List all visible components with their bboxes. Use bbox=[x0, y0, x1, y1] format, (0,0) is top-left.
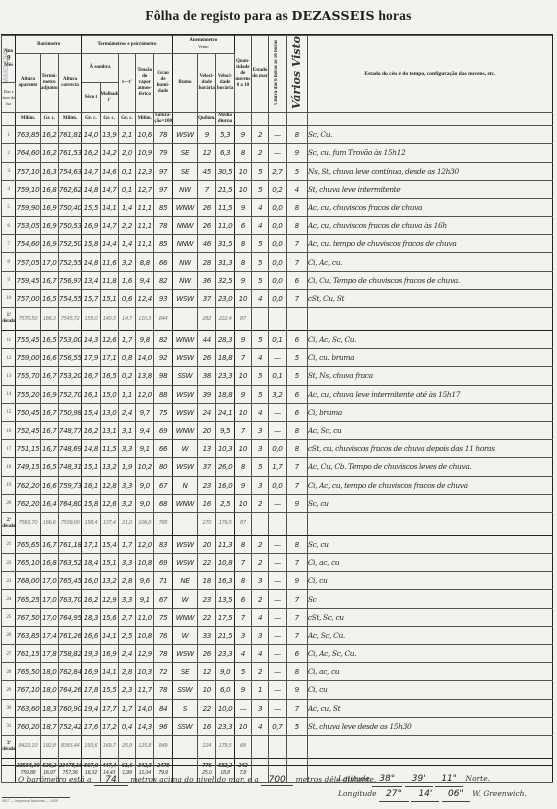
cell-chuva: — bbox=[269, 494, 286, 512]
cell-nuvens: 10 bbox=[234, 180, 251, 198]
cell-molh: 17,1 bbox=[100, 349, 118, 367]
cell-tensao: 9,1 bbox=[136, 590, 154, 608]
cell-term: 16,7 bbox=[40, 440, 58, 458]
cell-term: 16,9 bbox=[40, 385, 58, 403]
cell-mar: 2 bbox=[251, 126, 268, 144]
cell-rumo: WNW bbox=[172, 608, 197, 626]
cell-nuvens: 6 bbox=[234, 590, 251, 608]
cell-mar: 3 bbox=[251, 626, 268, 644]
cell-alt-ap: 765,25 bbox=[16, 590, 40, 608]
cell-mar: 2 bbox=[251, 554, 268, 572]
cell-seco: 16,0 bbox=[82, 572, 100, 590]
weather-remark: Sc bbox=[307, 590, 552, 608]
cell-vel2: 23,3 bbox=[216, 717, 234, 735]
cell-nuvens: 9 bbox=[234, 331, 251, 349]
cell-grau: 78 bbox=[154, 217, 172, 235]
month-sum: 61,6 bbox=[119, 763, 135, 771]
cell-seco: 19,3 bbox=[82, 645, 100, 663]
cell-nuvens: 8 bbox=[234, 572, 251, 590]
cell-term: 17,0 bbox=[40, 590, 58, 608]
empty-cell bbox=[172, 735, 197, 758]
cell-vel1: 23 bbox=[198, 476, 216, 494]
day-number: 6 bbox=[2, 217, 16, 235]
cell-grau: 78 bbox=[154, 126, 172, 144]
cell-grau: 78 bbox=[154, 681, 172, 699]
cell-col-e: 7 bbox=[286, 626, 307, 644]
cell-grau: 66 bbox=[154, 440, 172, 458]
header-barometro: Barómetro bbox=[16, 36, 82, 54]
cell-rumo: WSW bbox=[172, 458, 197, 476]
table-row: 20762,2016,4764,8015,812,63,29,068WNW162… bbox=[2, 494, 553, 512]
cell-chuva: — bbox=[269, 645, 286, 663]
cell-grau: 67 bbox=[154, 590, 172, 608]
cell-tensao: 12,3 bbox=[136, 162, 154, 180]
cell-molh: 12,6 bbox=[100, 331, 118, 349]
cell-seco: 14,0 bbox=[82, 126, 100, 144]
table-row: 4759,1016,8762,6214,814,70,112,797NW721,… bbox=[2, 180, 553, 198]
decade-term: 166,6 bbox=[40, 512, 58, 535]
cell-diff: 2,4 bbox=[118, 645, 135, 663]
cell-seco: 16,7 bbox=[82, 367, 100, 385]
cell-grau: 67 bbox=[154, 476, 172, 494]
cell-col-e: 6 bbox=[286, 645, 307, 663]
cell-chuva: — bbox=[269, 349, 286, 367]
weather-remark: Ac, cu, chuva leve intermitente até às 1… bbox=[307, 385, 552, 403]
cell-col-e: 5 bbox=[286, 367, 307, 385]
cell-tensao: 12,0 bbox=[136, 385, 154, 403]
cell-mar: 2 bbox=[251, 590, 268, 608]
cell-vel1: 26 bbox=[198, 217, 216, 235]
cell-col-e: 8 bbox=[286, 421, 307, 439]
day-number: 9 bbox=[2, 271, 16, 289]
cell-chuva: — bbox=[269, 699, 286, 717]
cell-col-e: 5 bbox=[286, 717, 307, 735]
cell-molh: 14,4 bbox=[100, 235, 118, 253]
cell-col-e: 7 bbox=[286, 554, 307, 572]
cell-grau: 85 bbox=[154, 198, 172, 216]
cell-grau: 80 bbox=[154, 458, 172, 476]
cell-grau: 68 bbox=[154, 494, 172, 512]
cell-nuvens: 10 bbox=[234, 440, 251, 458]
decade-tensao: 125,8 bbox=[136, 735, 154, 758]
cell-rumo: SSW bbox=[172, 367, 197, 385]
month-sum: 2478 bbox=[154, 763, 171, 771]
cell-alt-cor: 759,73 bbox=[58, 476, 81, 494]
decade-alt-ap: 8422,10 bbox=[16, 735, 40, 758]
table-row: 10757,0016,5754,5515,715,10,612,493WSW37… bbox=[2, 289, 553, 307]
header-seco: Sêco t bbox=[82, 83, 100, 113]
cell-rumo: NNW bbox=[172, 217, 197, 235]
cell-vel1: 7 bbox=[198, 180, 216, 198]
cell-diff: 3,3 bbox=[118, 476, 135, 494]
cell-tensao: 12,7 bbox=[136, 180, 154, 198]
decade-alt-ap: 7570,50 bbox=[16, 308, 40, 331]
cell-col-e: 6 bbox=[286, 403, 307, 421]
cell-seco: 15,8 bbox=[82, 235, 100, 253]
cell-vel2: 28,3 bbox=[216, 331, 234, 349]
cell-diff: 2,8 bbox=[118, 663, 135, 681]
cell-nuvens: — bbox=[234, 699, 251, 717]
cell-alt-ap: 755,20 bbox=[16, 385, 40, 403]
cell-term: 16,2 bbox=[40, 126, 58, 144]
cell-alt-ap: 765,10 bbox=[16, 554, 40, 572]
header-year: Ano9Mês bbox=[2, 36, 16, 83]
cell-mar: 3 bbox=[251, 572, 268, 590]
cell-nuvens: 3 bbox=[234, 626, 251, 644]
table-row: 26763,8517,4761,2616,614,12,510,876W3321… bbox=[2, 626, 553, 644]
cell-molh: 11,6 bbox=[100, 253, 118, 271]
decade-label: 1.ª década bbox=[2, 308, 16, 331]
cell-alt-ap: 761,15 bbox=[16, 645, 40, 663]
cell-mar: 5 bbox=[251, 367, 268, 385]
cell-grau: 88 bbox=[154, 385, 172, 403]
cell-grau: 75 bbox=[154, 608, 172, 626]
cell-rumo: WSW bbox=[172, 535, 197, 553]
cell-mar: 4 bbox=[251, 289, 268, 307]
cell-diff: 3,2 bbox=[118, 253, 135, 271]
cell-diff: 2,2 bbox=[118, 217, 135, 235]
empty-remark bbox=[307, 512, 552, 535]
weather-remark: Ci, ac, cu bbox=[307, 554, 552, 572]
weather-remark: Ns, St, chuva leve contínua, desde as 12… bbox=[307, 162, 552, 180]
cell-alt-ap: 749,15 bbox=[16, 458, 40, 476]
decade-molh: 169,7 bbox=[100, 735, 118, 758]
cell-seco: 18,3 bbox=[82, 608, 100, 626]
day-number: 11 bbox=[2, 331, 16, 349]
cell-seco: 17,9 bbox=[82, 349, 100, 367]
cell-mar: 4 bbox=[251, 217, 268, 235]
cell-alt-ap: 757,10 bbox=[16, 162, 40, 180]
cell-grau: 72 bbox=[154, 663, 172, 681]
cell-term: 17,8 bbox=[40, 645, 58, 663]
cell-col-e: 9 bbox=[286, 144, 307, 162]
barometer-altitude: 74 bbox=[94, 775, 128, 786]
cell-vel2: 26,0 bbox=[216, 458, 234, 476]
table-row: 29767,1018,0764,2617,815,52,311,778SSW10… bbox=[2, 681, 553, 699]
cell-nuvens: 10 bbox=[234, 162, 251, 180]
cell-alt-cor: 748,69 bbox=[58, 440, 81, 458]
cell-vel1: 23 bbox=[198, 590, 216, 608]
header-estado-ceu: Estado do céu e do tempo, configuração d… bbox=[307, 36, 552, 113]
cell-term: 16,4 bbox=[40, 494, 58, 512]
cell-mar: 2 bbox=[251, 535, 268, 553]
decade-vel2: 179,5 bbox=[216, 512, 234, 535]
cell-vel2: 17,5 bbox=[216, 608, 234, 626]
page-title: Fôlha de registo para as DEZASSEIS horas bbox=[0, 8, 557, 24]
cell-grau: 82 bbox=[154, 271, 172, 289]
cell-diff: 3,3 bbox=[118, 440, 135, 458]
cell-nuvens: 5 bbox=[234, 663, 251, 681]
cell-tensao: 9,0 bbox=[136, 494, 154, 512]
cell-seco: 14,7 bbox=[82, 162, 100, 180]
cell-vel2: 11,5 bbox=[216, 198, 234, 216]
weather-remark: Ac, Cu, Cb. Tempo de chuviscos leves de … bbox=[307, 458, 552, 476]
table-row: 12759,0016,6756,5517,917,10,814,092WSW26… bbox=[2, 349, 553, 367]
header-a-sombra: À sombra bbox=[82, 54, 119, 83]
cell-mar: 5 bbox=[251, 331, 268, 349]
cell-vel1: 28 bbox=[198, 253, 216, 271]
table-row: 22765,1016,8763,5218,415,13,310,869WSW22… bbox=[2, 554, 553, 572]
cell-vel2: 11,3 bbox=[216, 535, 234, 553]
cell-nuvens: 10 bbox=[234, 494, 251, 512]
cell-molh: 15,0 bbox=[100, 385, 118, 403]
cell-alt-ap: 764,60 bbox=[16, 144, 40, 162]
cell-grau: 83 bbox=[154, 535, 172, 553]
cell-vel2: 21,5 bbox=[216, 180, 234, 198]
cell-tensao: 8,8 bbox=[136, 253, 154, 271]
cell-term: 16,3 bbox=[40, 162, 58, 180]
cell-diff: 1,7 bbox=[118, 535, 135, 553]
cell-alt-cor: 750,40 bbox=[58, 198, 81, 216]
cell-vel1: 37 bbox=[198, 289, 216, 307]
day-number: 18 bbox=[2, 458, 16, 476]
cell-col-e: 9 bbox=[286, 681, 307, 699]
cell-term: 16,6 bbox=[40, 349, 58, 367]
cell-nuvens: 7 bbox=[234, 421, 251, 439]
barometer-note: O barómetro está a 74 metros acima do ni… bbox=[18, 775, 376, 786]
header-t-diff: t—t' bbox=[118, 54, 135, 113]
cell-tensao: 9,6 bbox=[136, 572, 154, 590]
cell-molh: 15,6 bbox=[100, 608, 118, 626]
cell-rumo: NNW bbox=[172, 235, 197, 253]
month-sum: 526,2 bbox=[41, 763, 58, 771]
decade-label: 3.ª década bbox=[2, 735, 16, 758]
cell-chuva: — bbox=[269, 608, 286, 626]
month-sum: 447,4 bbox=[101, 763, 118, 771]
cell-chuva: — bbox=[269, 126, 286, 144]
cell-molh: 13,2 bbox=[100, 458, 118, 476]
decade-tensao: 110,3 bbox=[136, 308, 154, 331]
cell-molh: 16,5 bbox=[100, 367, 118, 385]
cell-alt-ap: 765,65 bbox=[16, 535, 40, 553]
month-sum: 23556,30 bbox=[16, 763, 39, 771]
cell-chuva: 0,0 bbox=[269, 198, 286, 216]
cell-rumo: SSW bbox=[172, 681, 197, 699]
cell-rumo: SE bbox=[172, 663, 197, 681]
cell-seco: 15,8 bbox=[82, 494, 100, 512]
cell-chuva: 1,7 bbox=[269, 458, 286, 476]
header-grau: Grau de humi-dade bbox=[154, 54, 172, 113]
cell-alt-cor: 750,98 bbox=[58, 403, 81, 421]
header-chuva: Chuva das 6 horas às 16 horas bbox=[269, 36, 286, 113]
cell-chuva: — bbox=[269, 572, 286, 590]
day-number: 17 bbox=[2, 440, 16, 458]
cell-vel2: 11,0 bbox=[216, 217, 234, 235]
cell-molh: 14,6 bbox=[100, 162, 118, 180]
cell-col-e: 4 bbox=[286, 180, 307, 198]
longitude: Longitude 27° 14' 06" W. Greenwich. bbox=[338, 787, 527, 802]
cell-alt-cor: 754,63 bbox=[58, 162, 81, 180]
cell-seco: 14,8 bbox=[82, 440, 100, 458]
cell-chuva: — bbox=[269, 403, 286, 421]
cell-chuva: — bbox=[269, 421, 286, 439]
cell-seco: 17,6 bbox=[82, 717, 100, 735]
cell-tensao: 11,1 bbox=[136, 235, 154, 253]
cell-rumo: WSW bbox=[172, 645, 197, 663]
empty-cell bbox=[269, 308, 286, 331]
cell-molh: 13,0 bbox=[100, 403, 118, 421]
day-number: 10 bbox=[2, 289, 16, 307]
cell-term: 17,0 bbox=[40, 608, 58, 626]
cell-molh: 17,7 bbox=[100, 699, 118, 717]
cell-col-e: 8 bbox=[286, 198, 307, 216]
cell-tensao: 14,3 bbox=[136, 717, 154, 735]
cell-vel2: 16,0 bbox=[216, 476, 234, 494]
cell-diff: 1,4 bbox=[118, 235, 135, 253]
month-sum: 242 bbox=[235, 763, 251, 771]
weather-remark: Ci, Ac, Sc, Cu. bbox=[307, 645, 552, 663]
cell-rumo: W bbox=[172, 590, 197, 608]
cell-alt-cor: 752,55 bbox=[58, 253, 81, 271]
cell-vel2: 18,8 bbox=[216, 349, 234, 367]
cell-tensao: 10,3 bbox=[136, 663, 154, 681]
cell-alt-ap: 751,15 bbox=[16, 440, 40, 458]
month-sum: 507,0 bbox=[82, 763, 99, 771]
decade-molh: 140,3 bbox=[100, 308, 118, 331]
cell-diff: 1,1 bbox=[118, 385, 135, 403]
decade-vel2: 179,5 bbox=[216, 735, 234, 758]
cell-vel1: 44 bbox=[198, 331, 216, 349]
cell-vel1: 20 bbox=[198, 535, 216, 553]
cell-molh: 14,1 bbox=[100, 198, 118, 216]
cell-seco: 17,1 bbox=[82, 535, 100, 553]
cell-vel1: 18 bbox=[198, 572, 216, 590]
cell-rumo: WNW bbox=[172, 198, 197, 216]
table-row: 8757,0517,0752,5514,811,63,28,866NW2831,… bbox=[2, 253, 553, 271]
cell-nuvens: 8 bbox=[234, 235, 251, 253]
cell-alt-ap: 759,10 bbox=[16, 180, 40, 198]
decade-vel1: 224 bbox=[198, 735, 216, 758]
weather-remark: Ci, ac, cu bbox=[307, 663, 552, 681]
cell-alt-cor: 761,26 bbox=[58, 626, 81, 644]
register-sheet: Ano9Mês Barómetro Termómetros e psicróme… bbox=[1, 34, 553, 766]
decade-seco: 193,6 bbox=[82, 735, 100, 758]
cell-vel2: 31,3 bbox=[216, 253, 234, 271]
cell-nuvens: 10 bbox=[234, 403, 251, 421]
decade-vel1: 282 bbox=[198, 308, 216, 331]
cell-diff: 1,6 bbox=[118, 271, 135, 289]
decade-summary-row: 2.ª década7563,70166,67539,00158,4137,42… bbox=[2, 512, 553, 535]
cell-molh: 13,2 bbox=[100, 572, 118, 590]
cell-term: 17,0 bbox=[40, 572, 58, 590]
weather-remark: Ci, cu bbox=[307, 681, 552, 699]
day-number: 2 bbox=[2, 144, 16, 162]
cell-chuva: 0,0 bbox=[269, 289, 286, 307]
cell-vel2: 13,5 bbox=[216, 590, 234, 608]
weather-remark: Sc, cu bbox=[307, 494, 552, 512]
cell-vel1: 12 bbox=[198, 663, 216, 681]
cell-diff: 0,1 bbox=[118, 162, 135, 180]
cell-nuvens: 8 bbox=[234, 535, 251, 553]
table-row: 27761,1517,8758,8219,316,92,412,978WSW26… bbox=[2, 645, 553, 663]
cell-grau: 98 bbox=[154, 367, 172, 385]
decade-alt-ap: 7563,70 bbox=[16, 512, 40, 535]
cell-chuva: 0,0 bbox=[269, 235, 286, 253]
day-number: 24 bbox=[2, 590, 16, 608]
cell-vel2: 2,5 bbox=[216, 494, 234, 512]
cell-alt-ap: 763,85 bbox=[16, 626, 40, 644]
cell-grau: 71 bbox=[154, 572, 172, 590]
cell-term: 16,8 bbox=[40, 180, 58, 198]
cell-mar: 4 bbox=[251, 608, 268, 626]
table-row: 16752,4516,7748,7716,213,13,19,469WNW209… bbox=[2, 421, 553, 439]
cell-seco: 16,9 bbox=[82, 663, 100, 681]
register-table: Ano9Mês Barómetro Termómetros e psicróme… bbox=[1, 35, 553, 783]
cell-alt-ap: 763,60 bbox=[16, 699, 40, 717]
cell-rumo: WSW bbox=[172, 403, 197, 421]
empty-cell bbox=[251, 512, 268, 535]
cell-alt-ap: 755,45 bbox=[16, 331, 40, 349]
cell-vel2: 10,3 bbox=[216, 440, 234, 458]
cell-diff: 3,3 bbox=[118, 590, 135, 608]
cell-alt-cor: 761,53 bbox=[58, 144, 81, 162]
decade-nuvens: 87 bbox=[234, 512, 251, 535]
table-row: 28765,5018,0762,8416,914,12,810,372SE129… bbox=[2, 663, 553, 681]
day-number: 30 bbox=[2, 699, 16, 717]
cell-diff: 0,6 bbox=[118, 289, 135, 307]
cell-vel2: 9,0 bbox=[216, 663, 234, 681]
cell-tensao: 14,0 bbox=[136, 349, 154, 367]
cell-alt-ap: 760,20 bbox=[16, 717, 40, 735]
decade-nuvens: 68 bbox=[234, 735, 251, 758]
cell-chuva: 3,2 bbox=[269, 385, 286, 403]
table-row: 3757,1016,3754,6314,714,60,112,397SE4530… bbox=[2, 162, 553, 180]
cell-molh: 13,1 bbox=[100, 421, 118, 439]
cell-term: 16,8 bbox=[40, 554, 58, 572]
cell-molh: 14,7 bbox=[100, 180, 118, 198]
cell-tensao: 12,9 bbox=[136, 645, 154, 663]
cell-molh: 15,4 bbox=[100, 535, 118, 553]
day-number: 28 bbox=[2, 663, 16, 681]
cell-term: 16,9 bbox=[40, 235, 58, 253]
cell-tensao: 11,1 bbox=[136, 198, 154, 216]
decade-alt-cor: 7539,00 bbox=[58, 512, 81, 535]
day-number: 14 bbox=[2, 385, 16, 403]
cell-rumo: W bbox=[172, 626, 197, 644]
cell-diff: 2,4 bbox=[118, 403, 135, 421]
cell-vel2: 23,3 bbox=[216, 367, 234, 385]
cell-nuvens: 7 bbox=[234, 554, 251, 572]
day-number: 29 bbox=[2, 681, 16, 699]
cell-grau: 79 bbox=[154, 144, 172, 162]
cell-term: 16,6 bbox=[40, 476, 58, 494]
cell-tensao: 14,0 bbox=[136, 699, 154, 717]
cell-molh: 15,5 bbox=[100, 681, 118, 699]
day-number: 20 bbox=[2, 494, 16, 512]
cell-diff: 0,4 bbox=[118, 717, 135, 735]
barometer-distance: 700 bbox=[261, 775, 293, 786]
table-row: 5759,9016,9750,4015,514,11,411,185WNW261… bbox=[2, 198, 553, 216]
cell-mar: 2 bbox=[251, 663, 268, 681]
weather-remark: Ci, Cu, Tempo de chuviscos fracos de chu… bbox=[307, 271, 552, 289]
cell-tensao: 11,1 bbox=[136, 217, 154, 235]
cell-alt-ap: 759,00 bbox=[16, 349, 40, 367]
weather-remark: Ci, Ac, cu. bbox=[307, 253, 552, 271]
cell-vel2: 23,0 bbox=[216, 289, 234, 307]
cell-mar: 5 bbox=[251, 253, 268, 271]
cell-diff: 1,4 bbox=[118, 198, 135, 216]
cell-diff: 3,3 bbox=[118, 554, 135, 572]
cell-chuva: — bbox=[269, 681, 286, 699]
cell-mar: 4 bbox=[251, 349, 268, 367]
day-number: 13 bbox=[2, 367, 16, 385]
cell-vel1: 45 bbox=[198, 162, 216, 180]
cell-diff: 2,0 bbox=[118, 144, 135, 162]
cell-col-e: 9 bbox=[286, 572, 307, 590]
cell-term: 16,7 bbox=[40, 367, 58, 385]
cell-rumo: WSW bbox=[172, 349, 197, 367]
coordinates: Latitude 38° 39' 11" Norte. Longitude 27… bbox=[338, 772, 527, 802]
